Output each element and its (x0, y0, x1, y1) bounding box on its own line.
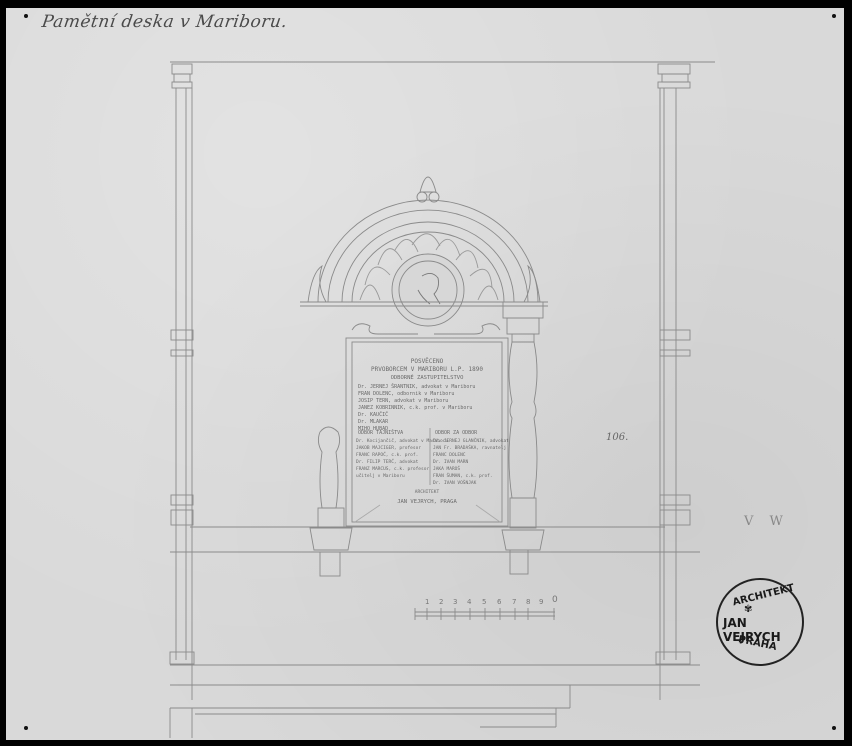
panel-list-top: Dr. JERNEJ ŠRANTNIK, advokat v Mariboru … (358, 384, 475, 433)
arch-tympanum (308, 177, 540, 334)
right-pilaster (656, 64, 690, 700)
initials-note: V W (744, 514, 789, 529)
panel-col-right-heading: ODBOR ZA ODBOR (435, 430, 477, 436)
left-pilaster (170, 64, 194, 700)
panel-col-right: Dr. JERNEJ GLANČNIK, advokat JAN Fr. BRA… (433, 438, 509, 487)
panel-heading-2: PRVOBORCEM V MARIBORU L.P. 1890 (352, 366, 502, 373)
scale-bar (415, 608, 555, 620)
sheet-number-note: 106. (606, 432, 628, 443)
panel-heading-3: ODBORNÉ ZASTUPITELSTVO (352, 375, 502, 381)
stamp-top-text: ARCHITEKT (732, 583, 796, 609)
panel-architect-label: ARCHITEKT (352, 490, 502, 495)
panel-architect-name: JAN VEJRYCH, PRAGA (352, 499, 502, 505)
panel-col-left-heading: ODBOR TAJNIŠTVA (358, 430, 403, 436)
panel-heading-1: POSVĚCENO (352, 358, 502, 365)
architect-stamp: ARCHITEKT ✾ JAN VEJRYCH PRAHA (716, 578, 804, 666)
stamp-ornament-icon: ✾ (744, 604, 752, 615)
